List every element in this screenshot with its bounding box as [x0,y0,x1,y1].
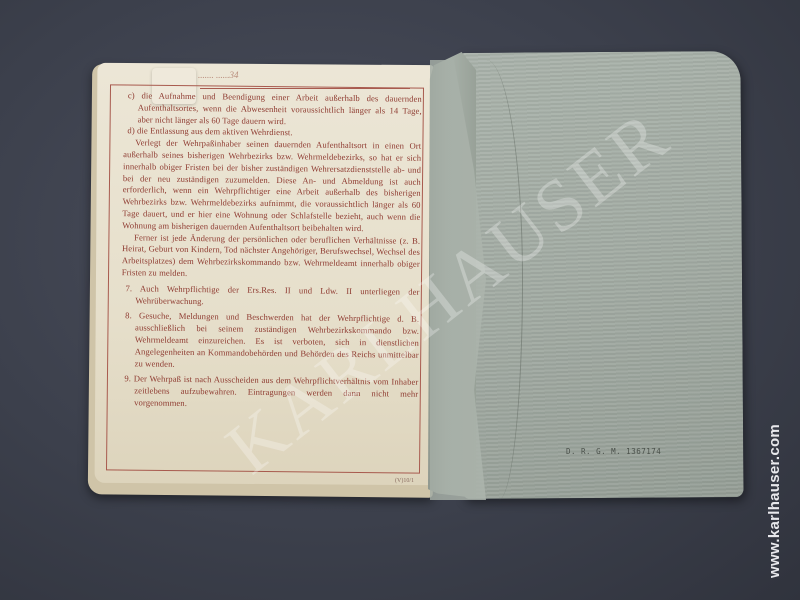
site-watermark: www.karlhauser.com [766,424,783,578]
page-header: ....... ......34 [198,70,239,80]
photo-scene: ....... ......34 c) die Aufnahme und Bee… [0,0,800,600]
cover-print-code: D. R. G. M. 1367174 [566,447,661,456]
paragraph-relocation: Verlegt der Wehrpaßinhaber seinen dauern… [122,137,421,235]
paragraph-c: c) die Aufnahme und Beendigung einer Arb… [124,90,422,129]
page-print-code: (V)10/1 [395,478,414,484]
paragraph-changes: Ferner ist jede Änderung der persönliche… [122,232,421,283]
